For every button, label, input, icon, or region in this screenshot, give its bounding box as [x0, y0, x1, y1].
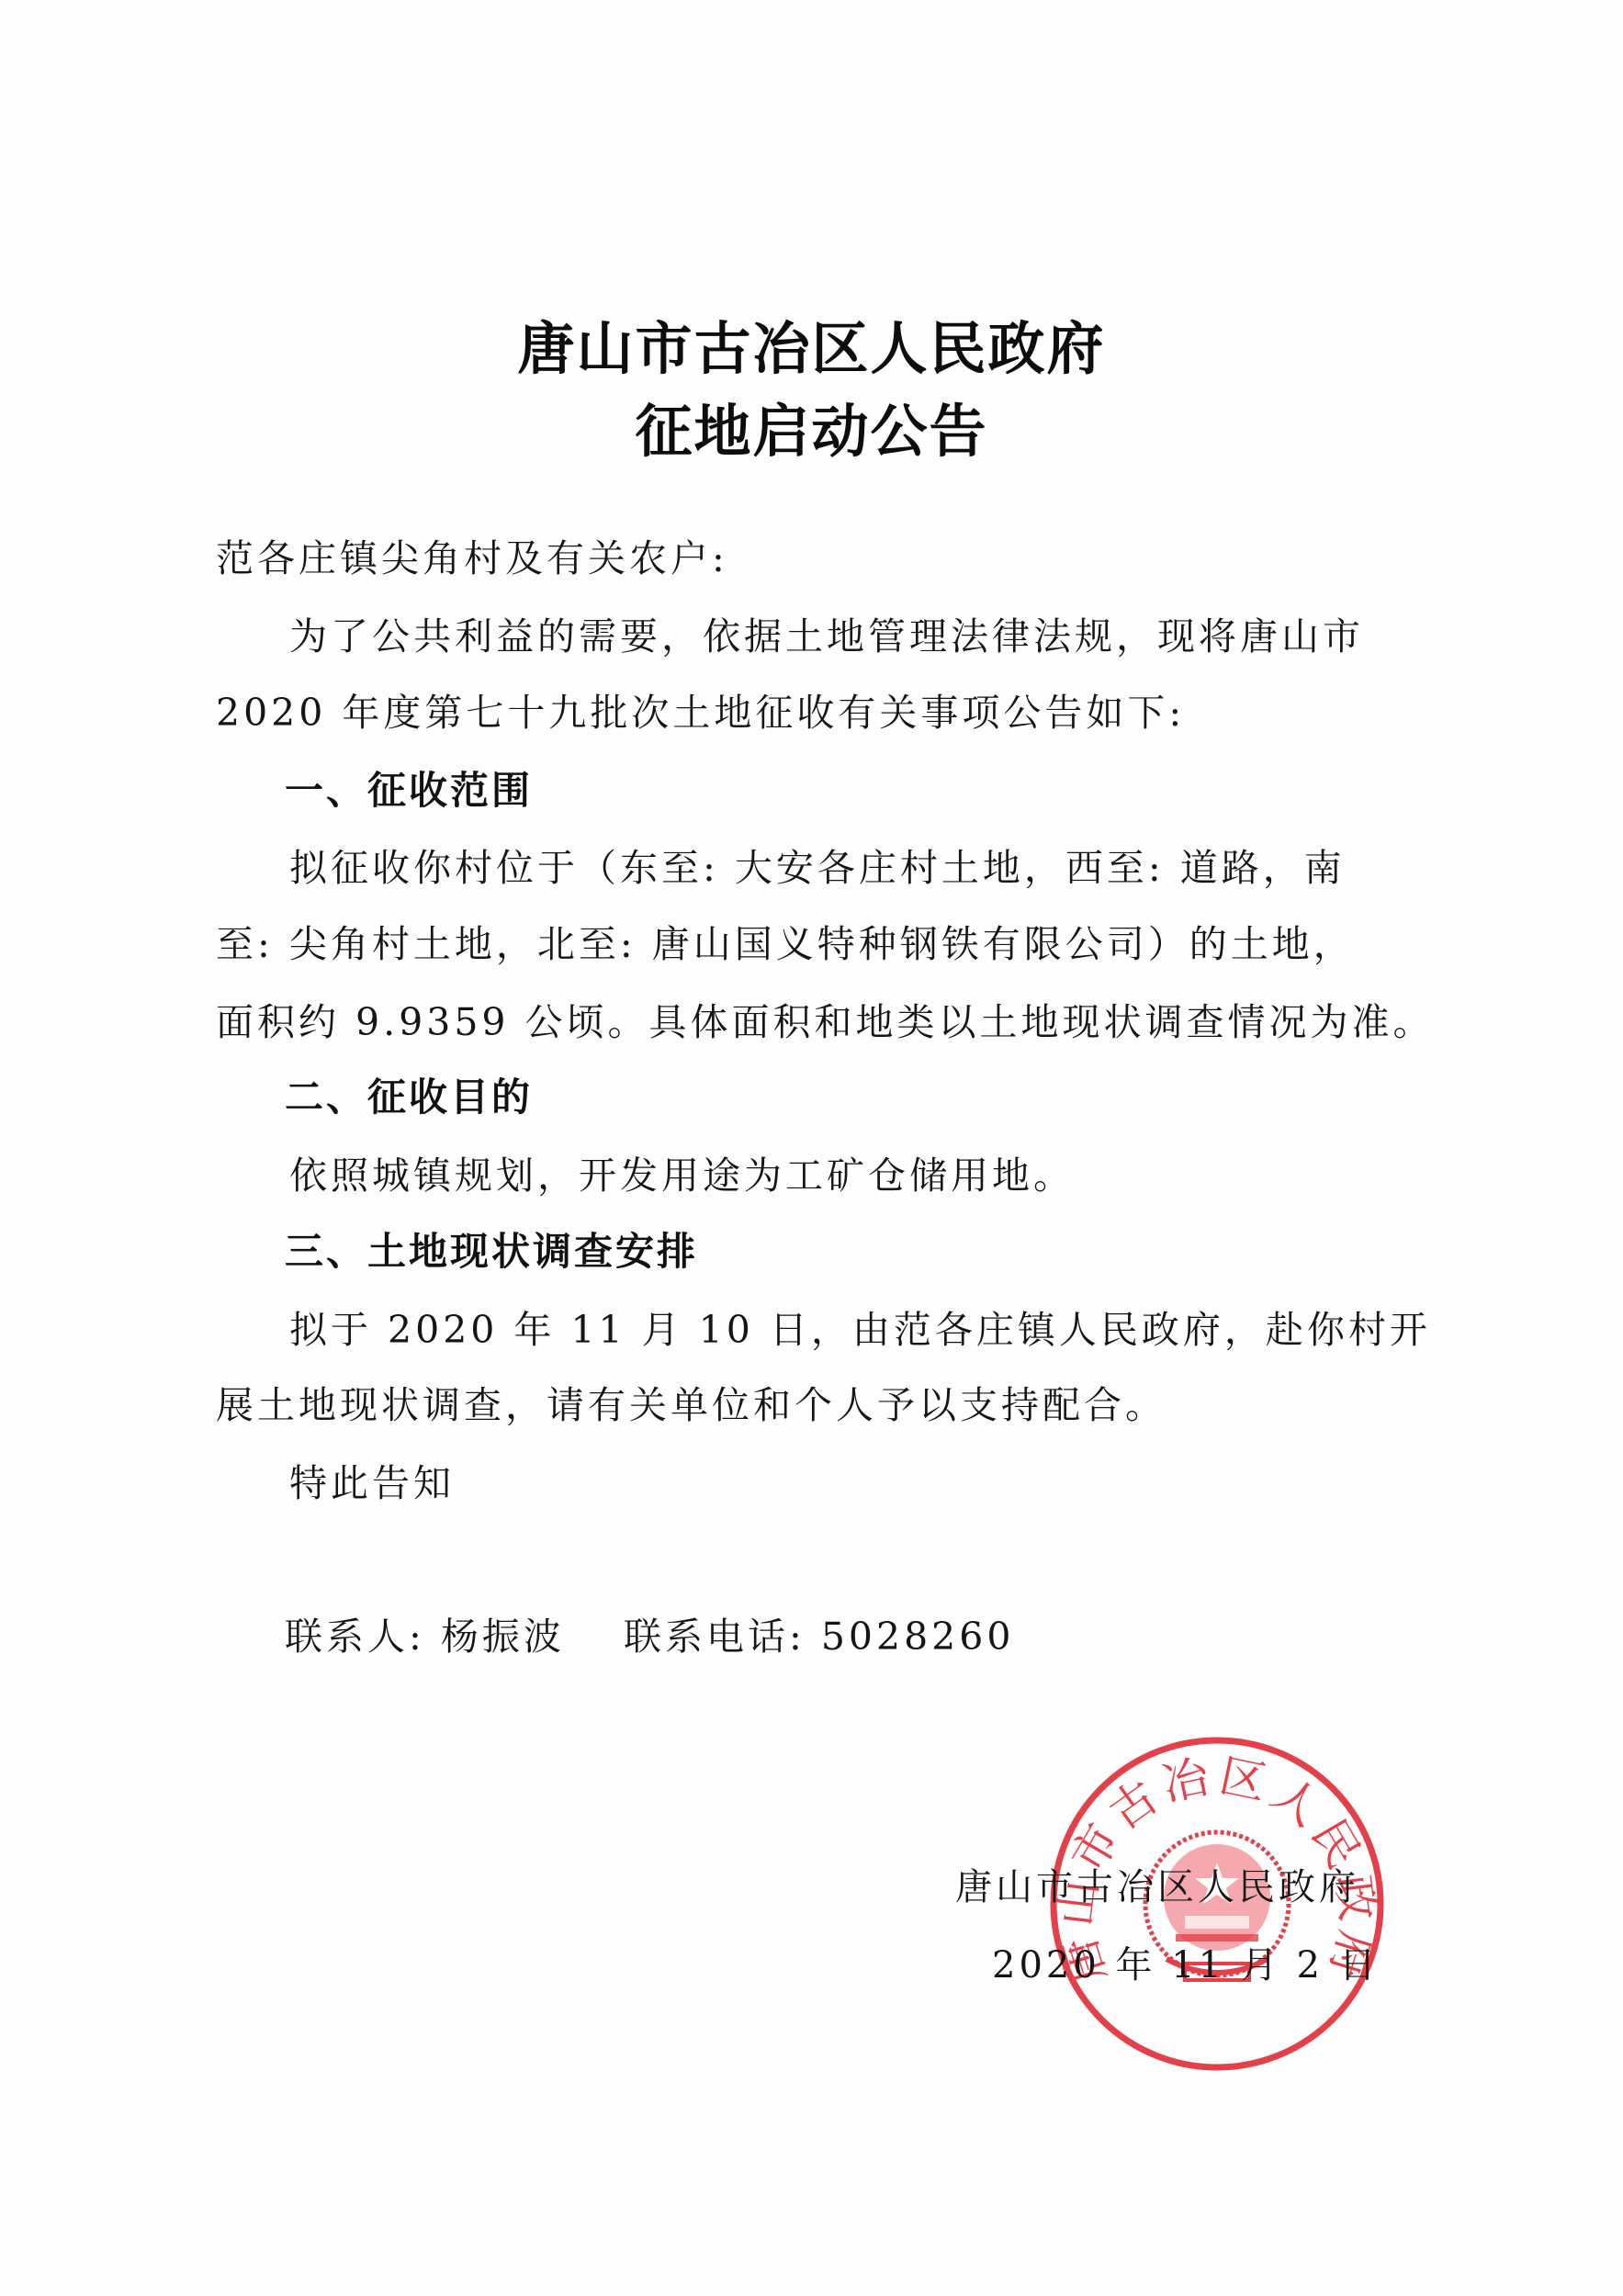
intro-line-1: 为了公共利益的需要，依据土地管理法律法规，现将唐山市: [289, 613, 1364, 659]
contact-phone-label: 联系电话:: [624, 1615, 806, 1659]
document-title-notice: 征地启动公告: [0, 386, 1623, 467]
contact-phone-number: 5028260: [821, 1615, 1015, 1659]
section-survey-line-2: 展土地现状调查，请有关单位和个人予以支持配合。: [216, 1382, 1167, 1428]
section-scope-line-3: 面积约 9.9359 公顷。具体面积和地类以土地现状调查情况为准。: [216, 999, 1435, 1045]
section-scope-line-1: 拟征收你村位于（东至: 大安各庄村土地，西至: 道路，南: [289, 845, 1346, 891]
contact-person-label: 联系人:: [285, 1615, 425, 1659]
document-title-organization: 唐山市古冶区人民政府: [0, 303, 1623, 385]
contact-line: 联系人: 杨振波 联系电话: 5028260: [285, 1614, 1014, 1660]
section-heading-scope: 一、征收范围: [285, 768, 533, 814]
intro-line-2: 2020 年度第七十九批次土地征收有关事项公告如下:: [216, 690, 1185, 736]
contact-person-name: 杨振波: [441, 1615, 565, 1659]
section-heading-survey: 三、土地现状调查安排: [285, 1229, 698, 1275]
signature-organization: 唐山市古冶区人民政府: [955, 1864, 1359, 1910]
section-heading-purpose: 二、征收目的: [285, 1075, 533, 1120]
section-scope-line-2: 至: 尖角村土地，北至: 唐山国义特种钢铁有限公司）的土地，: [216, 921, 1355, 967]
closing-text: 特此告知: [289, 1460, 455, 1506]
section-purpose-line-1: 依照城镇规划，开发用途为工矿仓储用地。: [289, 1153, 1075, 1199]
section-survey-line-1: 拟于 2020 年 11 月 10 日，由范各庄镇人民政府，赴你村开: [289, 1307, 1431, 1353]
document-page: 唐山市古冶区人民政府 征地启动公告 范各庄镇尖角村及有关农户: 为了公共利益的需…: [0, 0, 1623, 2296]
signature-date: 2020 年 11 月 2 日: [992, 1942, 1380, 1988]
addressee: 范各庄镇尖角村及有关农户:: [216, 535, 728, 581]
